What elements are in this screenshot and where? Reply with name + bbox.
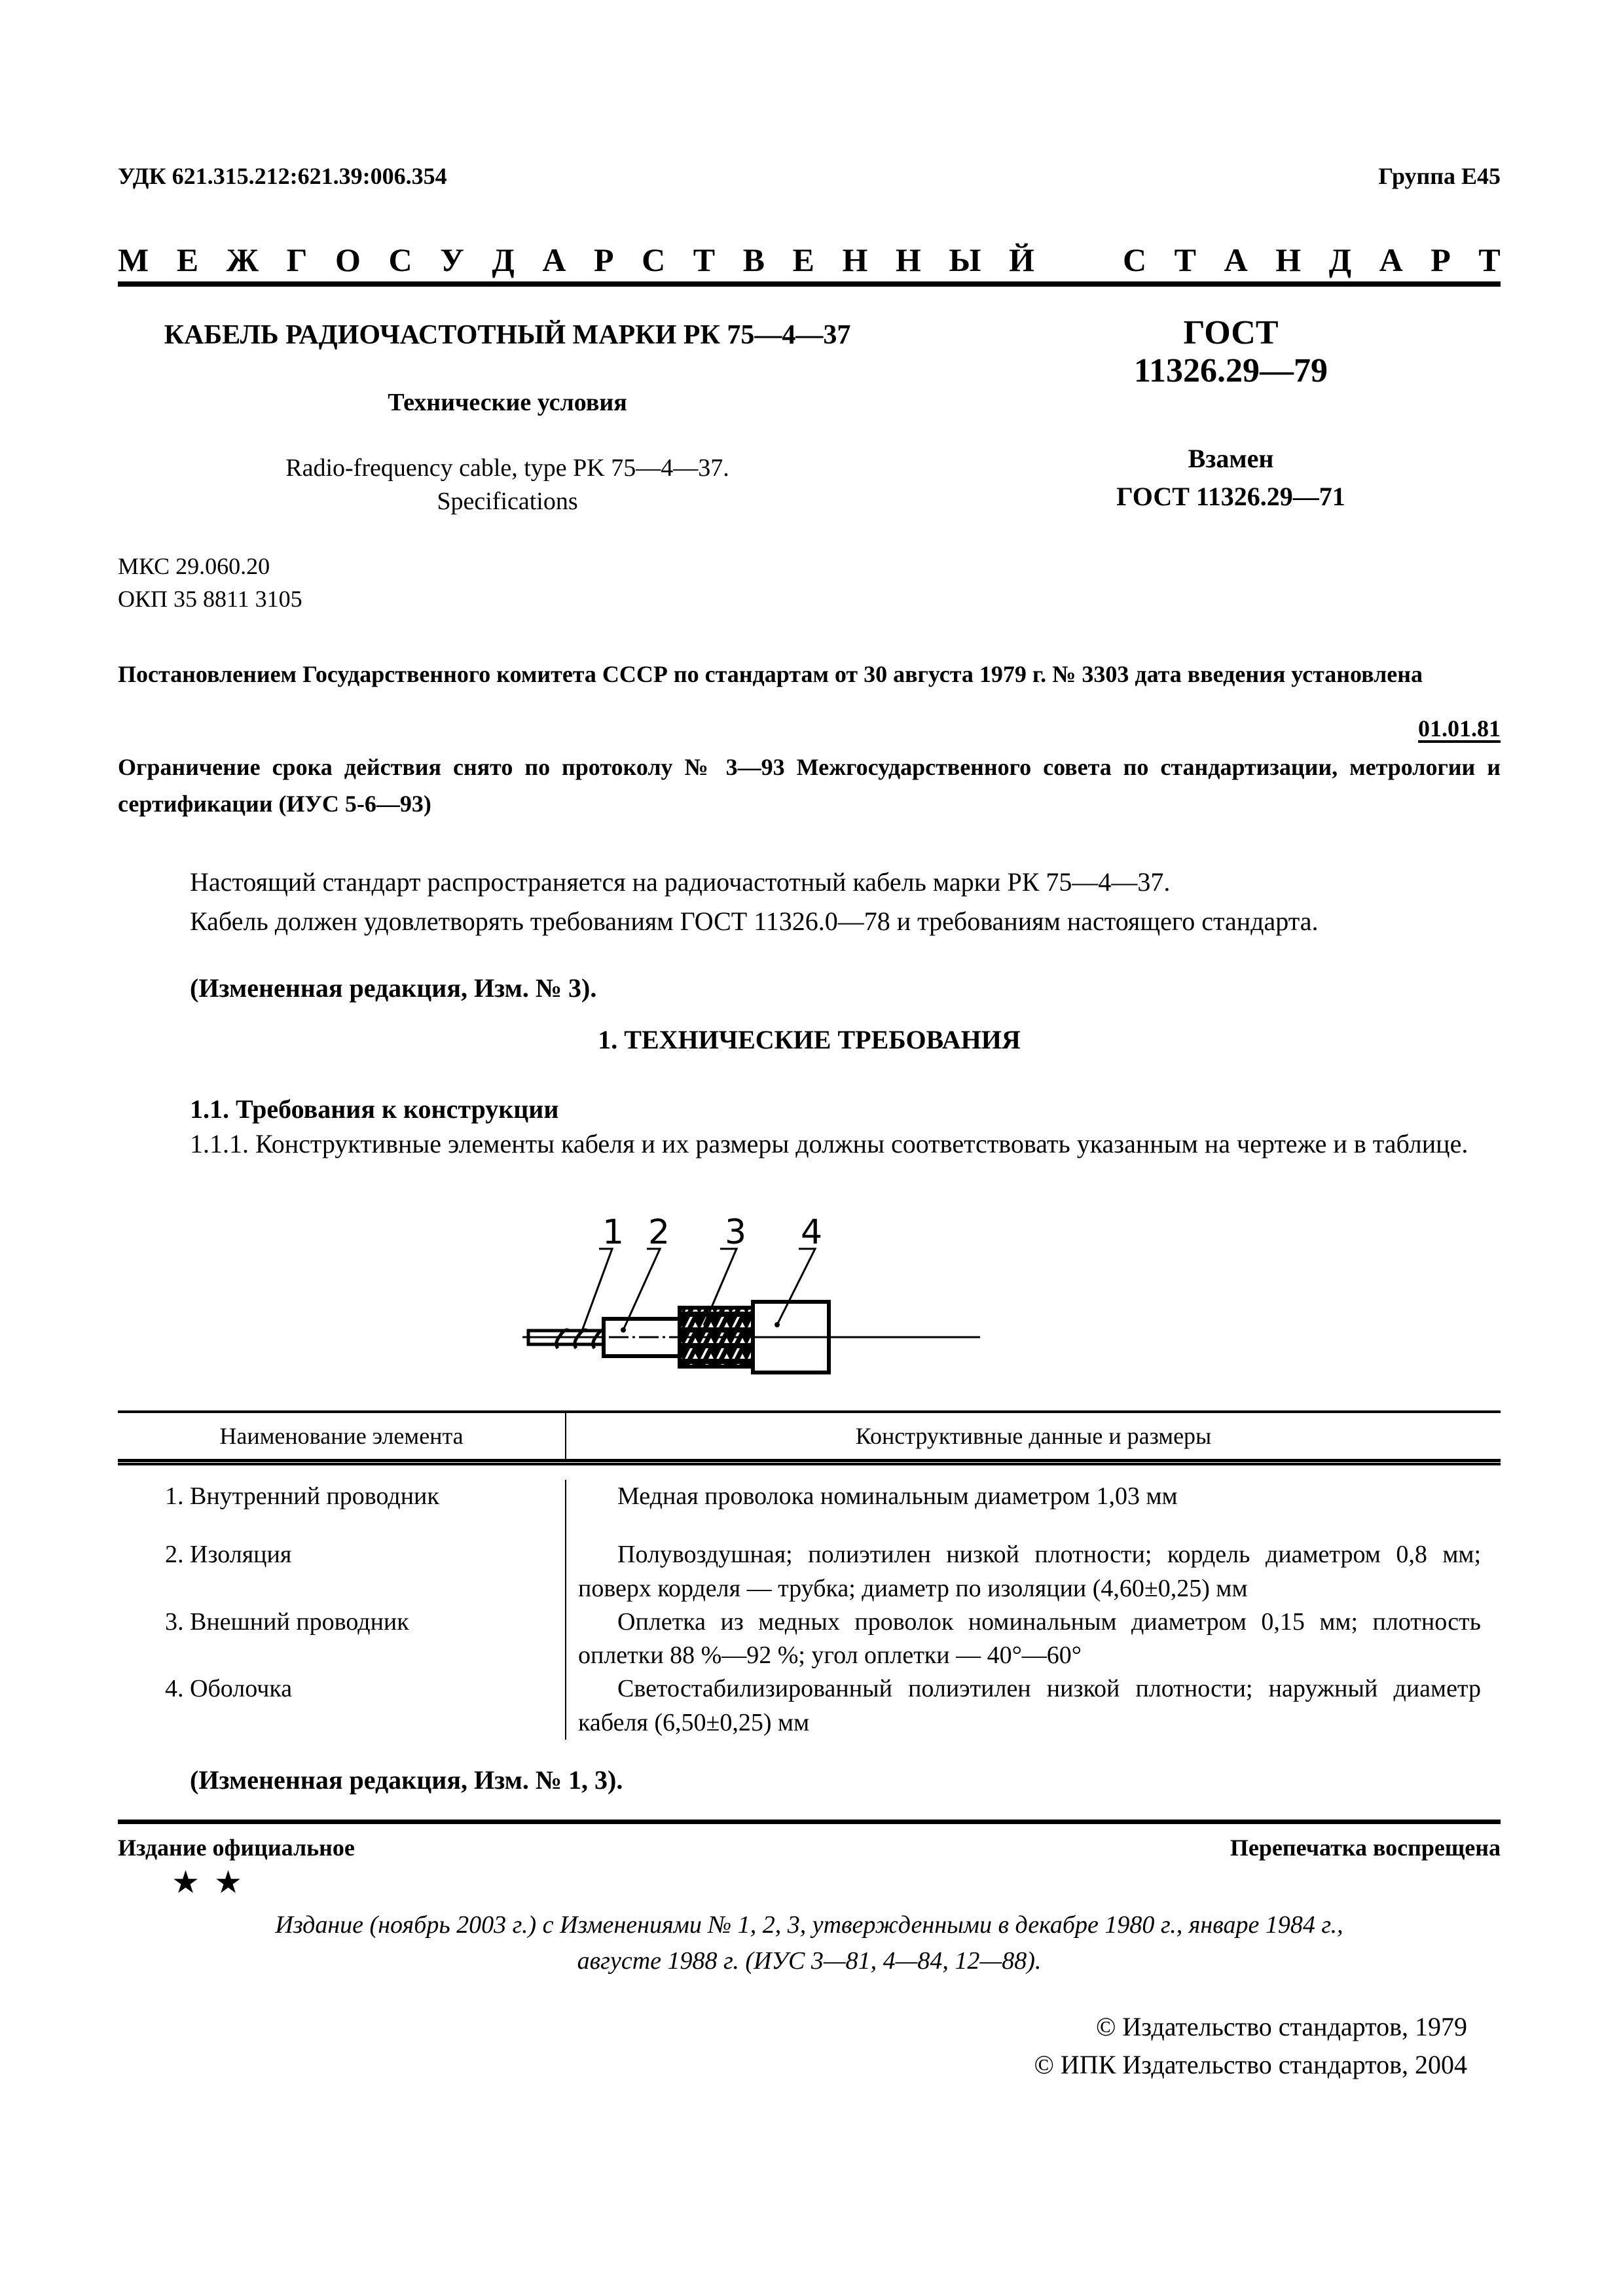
banner-letter: Е: [793, 241, 814, 279]
banner-letter: Й: [1009, 241, 1034, 279]
table-header-double-rule: [118, 1459, 1501, 1465]
banner-letter: Н: [842, 241, 867, 279]
banner-letter: Т: [693, 241, 715, 279]
column-header-element: Наименование элемента: [118, 1413, 566, 1459]
banner-letter: Н: [896, 241, 921, 279]
element-data: Медная проволока номинальным диаметром 1…: [566, 1480, 1501, 1538]
table-row: 4. Оболочка Светостабилизированный полиэ…: [118, 1672, 1501, 1740]
edition-note: Издание (ноябрь 2003 г.) с Изменениями №…: [118, 1907, 1501, 1979]
document-title: КАБЕЛЬ РАДИОЧАСТОТНЫЙ МАРКИ РК 75—4—37: [131, 319, 884, 351]
requirements-paragraph: Кабель должен удовлетворять требованиям …: [118, 902, 1501, 941]
element-data-text: Медная проволока номинальным диаметром 1…: [578, 1480, 1481, 1513]
banner-letter: Д: [492, 241, 514, 279]
element-data-text: Полувоздушная; полиэтилен низкой плотнос…: [578, 1538, 1481, 1605]
star-icon: ★★: [172, 1864, 257, 1901]
gost-label: ГОСТ: [1028, 314, 1434, 351]
element-data-text: Светостабилизированный полиэтилен низкой…: [578, 1672, 1481, 1740]
okp-code: ОКП 35 8811 3105: [118, 583, 302, 615]
element-data: Светостабилизированный полиэтилен низкой…: [566, 1672, 1501, 1740]
section-heading: 1. ТЕХНИЧЕСКИЕ ТРЕБОВАНИЯ: [118, 1024, 1501, 1055]
amendment-note-2: (Измененная редакция, Изм. № 1, 3).: [118, 1761, 1501, 1800]
banner-letter: М: [118, 241, 149, 279]
banner-letter: С: [388, 241, 412, 279]
replaces-block: Взамен ГОСТ 11326.29—71: [1028, 440, 1434, 516]
element-name: 4. Оболочка: [118, 1672, 566, 1740]
diagram-label-1: 1: [602, 1213, 624, 1252]
copyright-line: © ИПК Издательство стандартов, 2004: [1034, 2046, 1467, 2084]
element-data-text: Оплетка из медных проволок номинальным д…: [578, 1605, 1481, 1673]
edition-note-line: августе 1988 г. (ИУС 3—81, 4—84, 12—88).: [118, 1943, 1501, 1979]
table-row: 3. Внешний проводник Оплетка из медных п…: [118, 1605, 1501, 1673]
banner-letter: У: [440, 241, 464, 279]
banner-letter: А: [542, 241, 566, 279]
replaces-label: Взамен: [1028, 440, 1434, 478]
replaced-gost: ГОСТ 11326.29—71: [1028, 478, 1434, 516]
banner-letter: Т: [1478, 241, 1500, 279]
official-edition-label: Издание официальное: [118, 1834, 355, 1861]
construction-paragraph: 1.1.1. Конструктивные элементы кабеля и …: [118, 1124, 1501, 1164]
english-title: Radio-frequency cable, type PK 75—4—37. …: [131, 452, 884, 519]
banner-letter: Н: [1275, 241, 1301, 279]
no-reprint-label: Перепечатка воспрещена: [1230, 1834, 1501, 1861]
amendment-note: (Измененная редакция, Изм. № 3).: [118, 969, 1501, 1008]
table-row: 2. Изоляция Полувоздушная; полиэтилен ни…: [118, 1538, 1501, 1605]
element-data: Оплетка из медных проволок номинальным д…: [566, 1605, 1501, 1673]
interstate-standard-banner: М Е Ж Г О С У Д А Р С Т В Е Н Н Ы Й С Т …: [118, 241, 1501, 279]
group-code: Группа Е45: [1378, 162, 1501, 190]
banner-letter: Д: [1329, 241, 1351, 279]
element-data: Полувоздушная; полиэтилен низкой плотнос…: [566, 1538, 1501, 1605]
banner-letter: О: [335, 241, 361, 279]
element-name: 2. Изоляция: [118, 1538, 566, 1605]
column-header-data: Конструктивные данные и размеры: [566, 1413, 1501, 1459]
scope-paragraph: Настоящий стандарт распространяется на р…: [118, 863, 1501, 902]
banner-letter: В: [743, 241, 765, 279]
table-row: 1. Внутренний проводник Медная проволока…: [118, 1465, 1501, 1538]
english-title-line: Specifications: [131, 485, 884, 518]
cable-diagram: 1 2 3 4: [511, 1204, 1048, 1388]
subsection-heading: 1.1. Требования к конструкции: [118, 1090, 1501, 1129]
banner-letter: Е: [177, 241, 198, 279]
table-header-row: Наименование элемента Конструктивные дан…: [118, 1413, 1501, 1459]
gost-designation: ГОСТ 11326.29—79: [1028, 314, 1434, 391]
element-name: 3. Внешний проводник: [118, 1605, 566, 1673]
banner-letter: Г: [287, 241, 308, 279]
diagram-label-2: 2: [648, 1213, 670, 1252]
construction-table: Наименование элемента Конструктивные дан…: [118, 1410, 1501, 1740]
header-rule: [118, 281, 1501, 287]
banner-letter: Ж: [227, 241, 259, 279]
validity-limit-text: Ограничение срока действия снято по прот…: [118, 749, 1501, 823]
document-subtitle: Технические условия: [131, 387, 884, 419]
udk-code: УДК 621.315.212:621.39:006.354: [118, 162, 447, 190]
banner-letter: А: [1224, 241, 1248, 279]
edition-note-line: Издание (ноябрь 2003 г.) с Изменениями №…: [118, 1907, 1501, 1943]
diagram-label-3: 3: [725, 1213, 746, 1252]
decree-text: Постановлением Государственного комитета…: [118, 656, 1501, 693]
banner-gap: [1062, 241, 1095, 279]
english-title-line: Radio-frequency cable, type PK 75—4—37.: [131, 452, 884, 485]
banner-letter: Т: [1175, 241, 1196, 279]
banner-letter: Р: [1431, 241, 1451, 279]
diagram-label-4: 4: [801, 1213, 822, 1252]
copyright-block: © Издательство стандартов, 1979 © ИПК Из…: [1034, 2008, 1467, 2084]
banner-letter: А: [1379, 241, 1403, 279]
copyright-line: © Издательство стандартов, 1979: [1034, 2008, 1467, 2046]
banner-letter: С: [642, 241, 665, 279]
effective-date: 01.01.81: [1418, 715, 1501, 742]
footer-rule: [118, 1820, 1501, 1824]
mks-code: МКС 29.060.20: [118, 550, 302, 583]
banner-letter: Р: [594, 241, 614, 279]
classification-codes: МКС 29.060.20 ОКП 35 8811 3105: [118, 550, 302, 616]
banner-letter: Ы: [949, 241, 981, 279]
element-name: 1. Внутренний проводник: [118, 1480, 566, 1538]
gost-number: 11326.29—79: [1028, 351, 1434, 391]
banner-letter: С: [1123, 241, 1146, 279]
